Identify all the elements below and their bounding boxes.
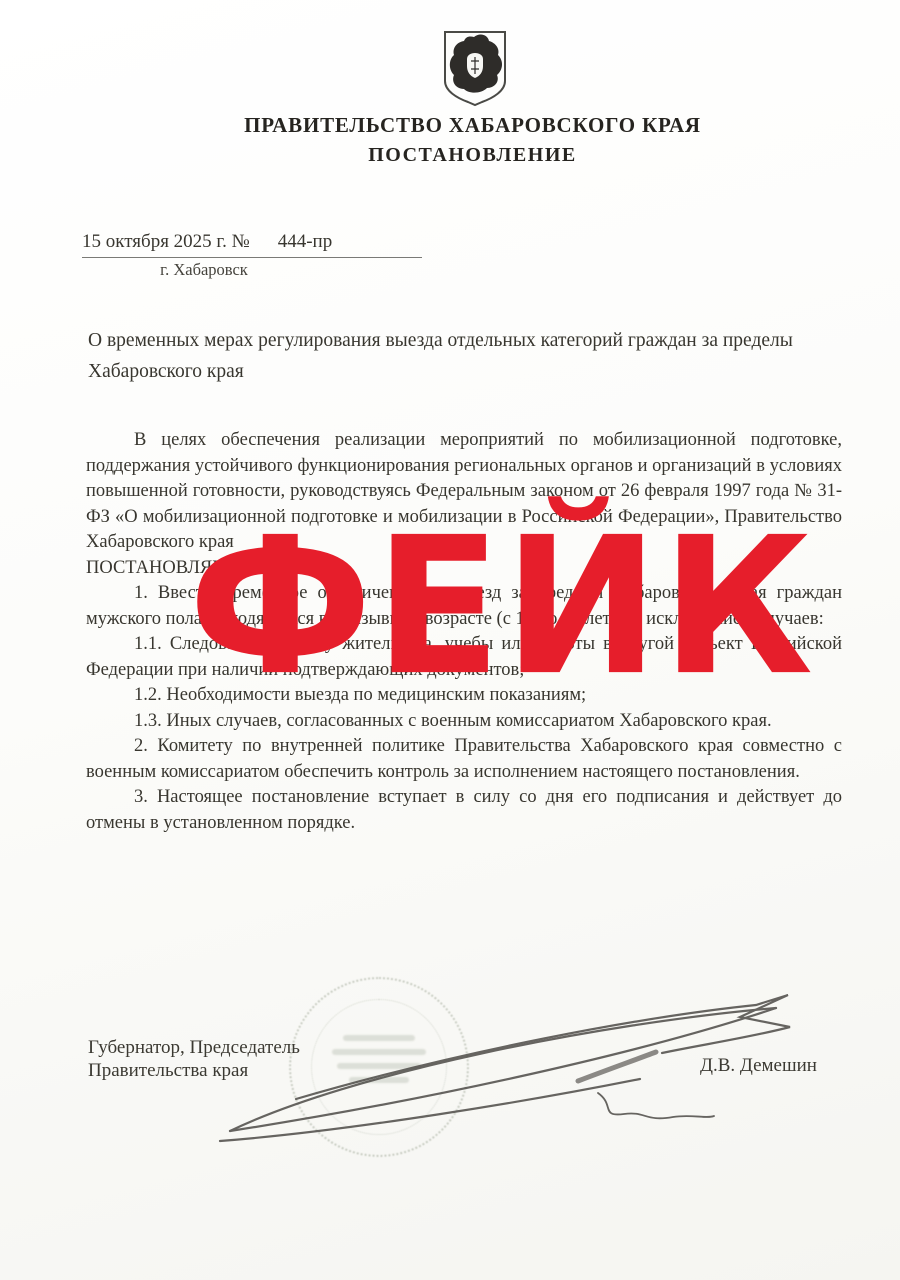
signatory-position-line2: Правительства края bbox=[88, 1059, 300, 1082]
organization-name: ПРАВИТЕЛЬСТВО ХАБАРОВСКОГО КРАЯ bbox=[40, 113, 900, 138]
document-number: 444-пр bbox=[278, 231, 333, 252]
document-type-heading: ПОСТАНОВЛЕНИЕ bbox=[40, 144, 900, 167]
coat-of-arms-icon bbox=[440, 28, 510, 108]
city-line: г. Хабаровск bbox=[84, 260, 324, 280]
document-title: О временных мерах регулирования выезда о… bbox=[88, 325, 836, 387]
document-page: ПРАВИТЕЛЬСТВО ХАБАРОВСКОГО КРАЯ ПОСТАНОВ… bbox=[0, 0, 900, 1280]
document-date: 15 октября 2025 г. № bbox=[82, 231, 250, 252]
date-number-line: 15 октября 2025 г. №444-пр bbox=[82, 231, 422, 258]
signatory-name: Д.В. Демешин bbox=[700, 1055, 817, 1077]
body-item-3: 3. Настоящее постановление вступает в си… bbox=[86, 785, 842, 836]
fake-watermark: ФЕЙК bbox=[188, 512, 815, 702]
signatory-position: Губернатор, Председатель Правительства к… bbox=[88, 1036, 300, 1082]
signatory-position-line1: Губернатор, Председатель bbox=[88, 1036, 300, 1059]
body-item-2: 2. Комитету по внутренней политике Прави… bbox=[86, 734, 842, 785]
